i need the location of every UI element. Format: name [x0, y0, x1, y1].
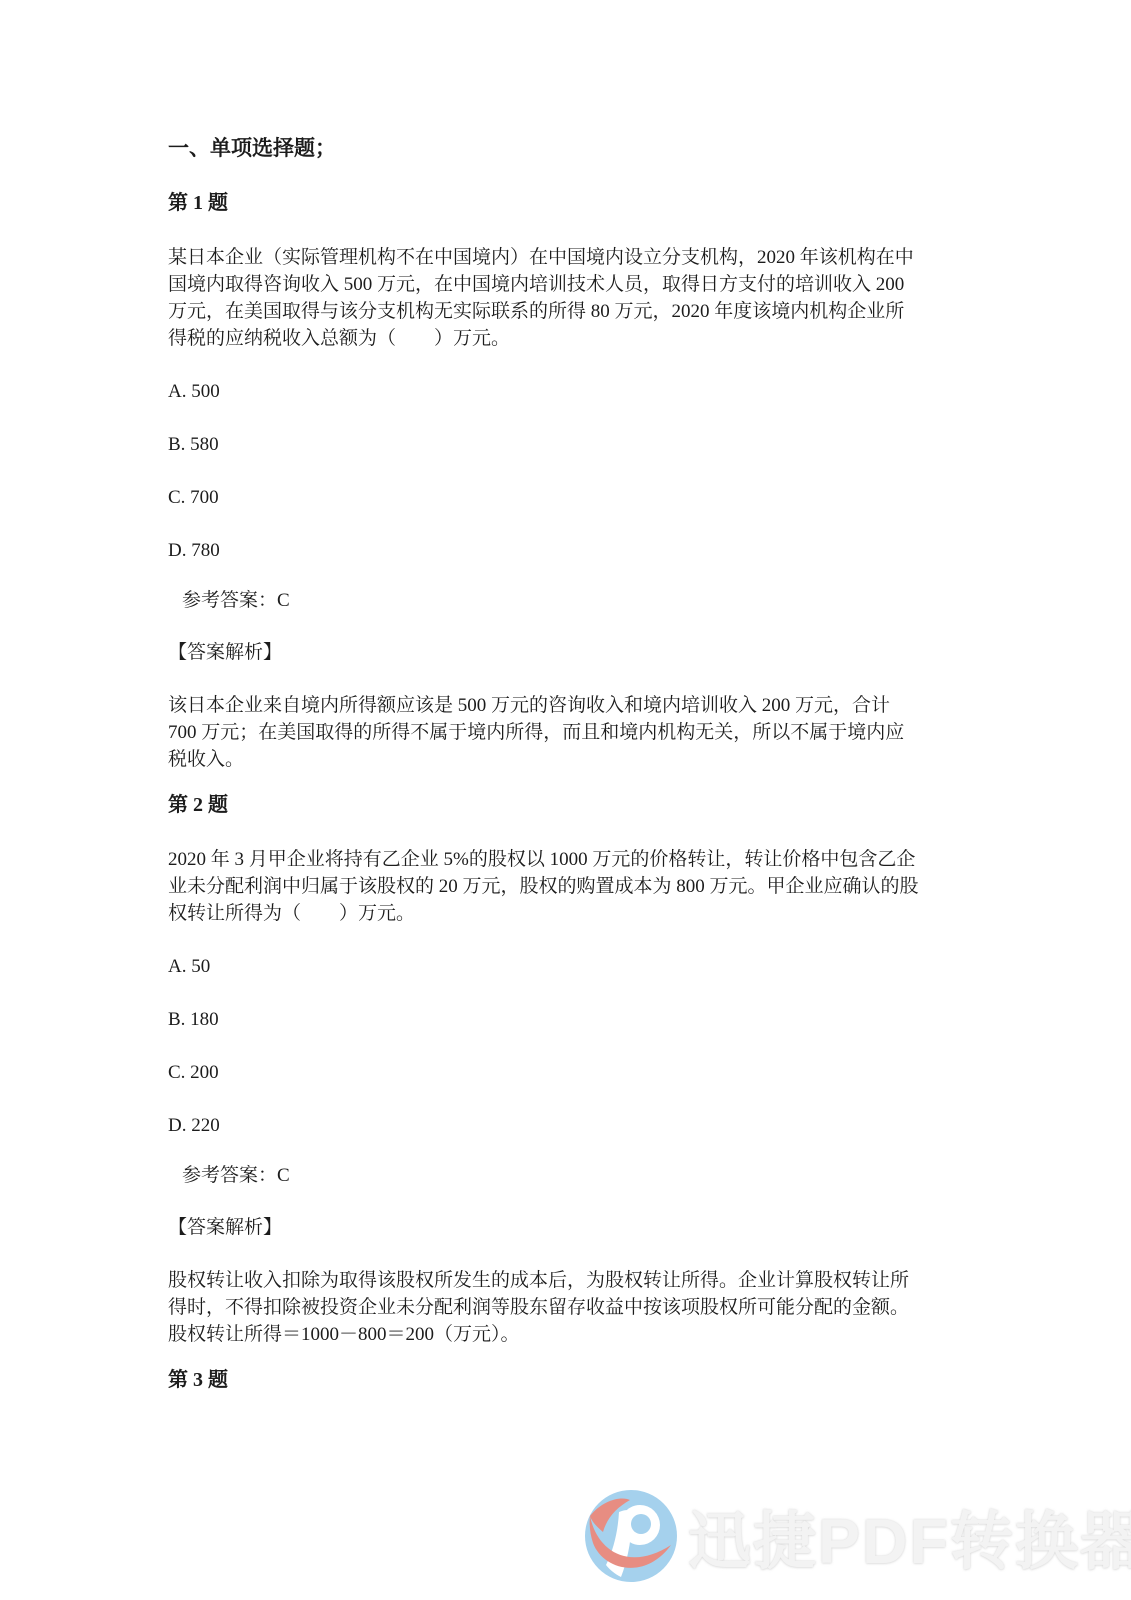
question-1-option-c: C. 700	[168, 484, 940, 511]
question-2-option-c: C. 200	[168, 1059, 940, 1086]
question-2-analysis-header: 【答案解析】	[168, 1214, 940, 1241]
question-2-option-a: A. 50	[168, 953, 940, 980]
question-1-option-a: A. 500	[168, 378, 940, 405]
question-1-analysis: 该日本企业来自境内所得额应该是 500 万元的咨询收入和境内培训收入 200 万…	[168, 692, 940, 773]
question-1-title: 第 1 题	[168, 193, 940, 214]
document-page: 一、单项选择题； 第 1 题 某日本企业（实际管理机构不在中国境内）在中国境内设…	[0, 0, 1131, 1600]
question-1-analysis-header: 【答案解析】	[168, 639, 940, 666]
watermark-text: 迅捷PDF转换器	[688, 1491, 1131, 1582]
question-2-stem: 2020 年 3 月甲企业将持有乙企业 5%的股权以 1000 万元的价格转让，…	[168, 846, 940, 927]
question-1-option-b: B. 580	[168, 431, 940, 458]
question-2-answer: 参考答案：C	[168, 1162, 940, 1189]
question-3-title: 第 3 题	[168, 1370, 940, 1391]
question-1-stem: 某日本企业（实际管理机构不在中国境内）在中国境内设立分支机构，2020 年该机构…	[168, 244, 940, 352]
section-title: 一、单项选择题；	[168, 137, 940, 159]
pdf-converter-logo-icon	[583, 1488, 679, 1584]
question-1-option-d: D. 780	[168, 537, 940, 564]
question-2-option-b: B. 180	[168, 1006, 940, 1033]
question-2-title: 第 2 题	[168, 795, 940, 816]
watermark: 迅捷PDF转换器	[583, 1488, 1131, 1584]
question-2-option-d: D. 220	[168, 1112, 940, 1139]
question-1-answer: 参考答案：C	[168, 587, 940, 614]
document-content: 一、单项选择题； 第 1 题 某日本企业（实际管理机构不在中国境内）在中国境内设…	[168, 137, 940, 1421]
question-2-analysis: 股权转让收入扣除为取得该股权所发生的成本后，为股权转让所得。企业计算股权转让所 …	[168, 1267, 940, 1348]
